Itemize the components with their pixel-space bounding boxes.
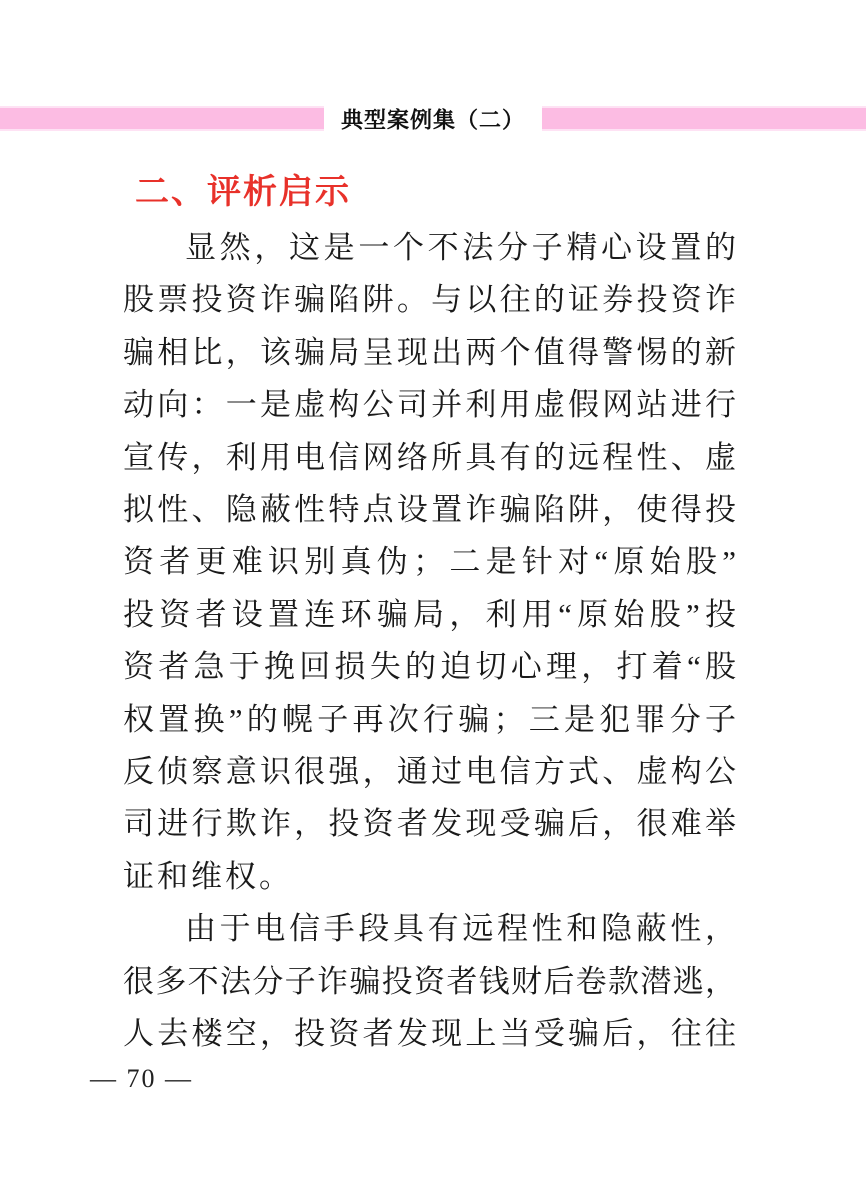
paragraph: 显然，这是一个不法分子精心设置的股票投资诈骗陷阱。与以往的证券投资诈骗相比，该骗… <box>123 222 737 903</box>
page-number: — 70 — <box>90 1064 193 1094</box>
paragraph: 由于电信手段具有远程性和隐蔽性，很多不法分子诈骗投资者钱财后卷款潜逃，人去楼空，… <box>123 903 737 1060</box>
body-text: 显然，这是一个不法分子精心设置的股票投资诈骗陷阱。与以往的证券投资诈骗相比，该骗… <box>123 222 737 1061</box>
body-line: 动向：一是虚构公司并利用虚假网站进行 <box>123 379 737 431</box>
running-head-title: 典型案例集（二） <box>324 101 542 136</box>
body-line: 股票投资诈骗陷阱。与以往的证券投资诈 <box>123 274 737 326</box>
book-page: 典型案例集（二） 二、评析启示 显然，这是一个不法分子精心设置的股票投资诈骗陷阱… <box>0 0 866 1189</box>
body-line: 由于电信手段具有远程性和隐蔽性， <box>123 903 737 955</box>
body-line: 很多不法分子诈骗投资者钱财后卷款潜逃， <box>123 956 737 1008</box>
body-line: 证和维权。 <box>123 851 737 903</box>
body-line: 人去楼空，投资者发现上当受骗后，往往 <box>123 1008 737 1060</box>
body-line: 资者急于挽回损失的迫切心理，打着“股 <box>123 641 737 693</box>
body-line: 骗相比，该骗局呈现出两个值得警惕的新 <box>123 327 737 379</box>
body-line: 投资者设置连环骗局，利用“原始股”投 <box>123 589 737 641</box>
running-head: 典型案例集（二） <box>0 106 866 131</box>
body-line: 权置换”的幌子再次行骗；三是犯罪分子 <box>123 694 737 746</box>
body-line: 资者更难识别真伪；二是针对“原始股” <box>123 536 737 588</box>
body-line: 司进行欺诈，投资者发现受骗后，很难举 <box>123 798 737 850</box>
body-line: 宣传，利用电信网络所具有的远程性、虚 <box>123 432 737 484</box>
section-heading: 二、评析启示 <box>135 172 866 212</box>
body-line: 反侦察意识很强，通过电信方式、虚构公 <box>123 746 737 798</box>
body-line: 显然，这是一个不法分子精心设置的 <box>123 222 737 274</box>
body-line: 拟性、隐蔽性特点设置诈骗陷阱，使得投 <box>123 484 737 536</box>
